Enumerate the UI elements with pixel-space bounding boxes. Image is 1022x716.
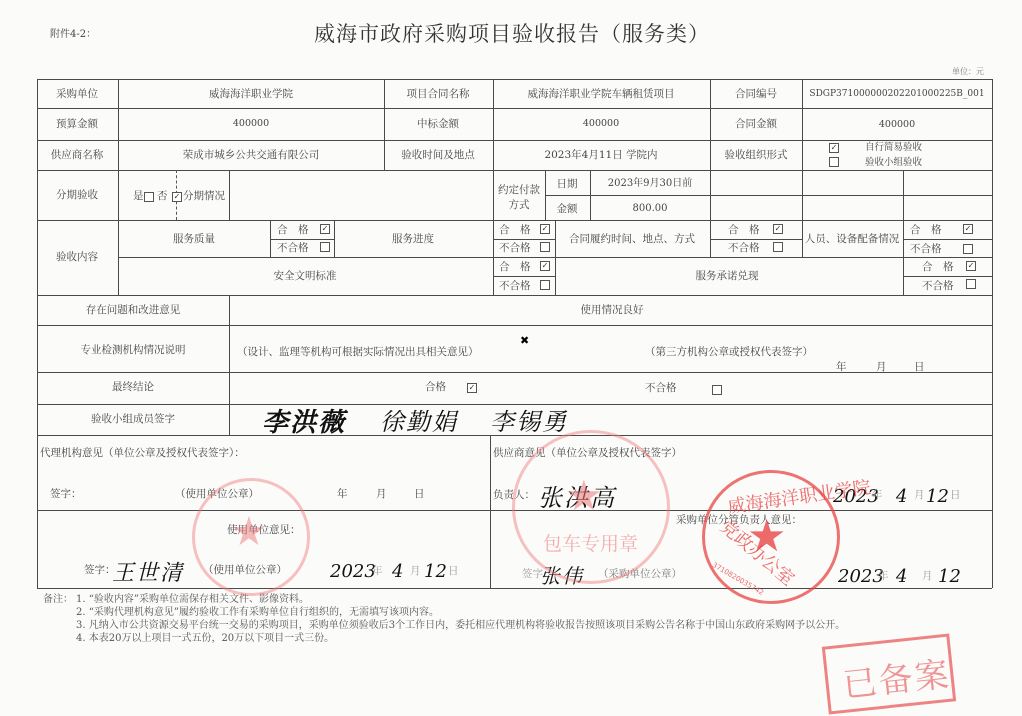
installment-yes-label: 是 — [133, 191, 144, 202]
installment-status-label: 分期情况 — [183, 191, 225, 202]
fail-label: 不合格 — [499, 281, 531, 292]
pass-label: 合 格 — [499, 225, 531, 236]
attachment-label: 附件4-2： — [50, 30, 96, 40]
payment-amount-label: 金额 — [557, 204, 578, 215]
purchaser-date-day: 12 — [938, 566, 961, 587]
criterion-service-progress: 服务进度 — [392, 234, 434, 245]
contract-performance-pass-checkbox[interactable]: ✓ — [773, 224, 783, 234]
criterion-contract-performance: 合同履约时间、地点、方式 — [569, 234, 695, 245]
pass-label: 合 格 — [910, 225, 942, 236]
purchaser-value: 威海海洋职业学院 — [209, 89, 293, 100]
acceptance-time-value: 2023年4月11日 学院内 — [544, 150, 657, 161]
inspection-date-month: 月 — [876, 362, 887, 373]
criterion-service-quality: 服务质量 — [173, 234, 215, 245]
team-sign-label: 验收小组成员签字 — [91, 414, 175, 425]
supplier-date-year-unit: 年 — [872, 490, 883, 501]
fail-label: 不合格 — [728, 243, 760, 254]
installment-no-label: 否 — [157, 191, 168, 202]
contract-name-value: 威海海洋职业学院车辆租赁项目 — [528, 89, 675, 100]
contract-no-label: 合同编号 — [735, 89, 777, 100]
payment-date-label: 日期 — [557, 179, 578, 190]
supplier-signature: 张洪高 — [538, 478, 616, 513]
budget-label: 预算金额 — [56, 119, 98, 130]
agency-date-month: 月 — [376, 489, 387, 500]
purchaser-date-year: 2023 — [838, 566, 884, 587]
staff-equipment-fail-checkbox[interactable] — [963, 244, 973, 254]
team-acceptance-checkbox[interactable] — [829, 157, 839, 167]
pass-label: 合 格 — [277, 225, 309, 236]
inspection-date-year: 年 — [836, 362, 847, 373]
pass-label: 合 格 — [922, 262, 954, 273]
close-icon[interactable]: ✖ — [520, 335, 529, 346]
bid-amount-value: 400000 — [583, 119, 619, 129]
service-commitment-pass-checkbox[interactable]: ✓ — [966, 261, 976, 271]
team-acceptance-label: 验收小组验收 — [865, 158, 922, 168]
user-signature: 王世清 — [112, 556, 184, 587]
inspection-date-day: 日 — [914, 362, 925, 373]
service-quality-pass-checkbox[interactable]: ✓ — [320, 224, 330, 234]
user-opinion-label: 使用单位意见： — [227, 525, 301, 536]
safety-standard-pass-checkbox[interactable]: ✓ — [540, 261, 550, 271]
installment-yes-checkbox[interactable] — [144, 192, 154, 202]
safety-standard-fail-checkbox[interactable] — [540, 280, 550, 290]
user-stamp-note: （使用单位公章） — [203, 565, 287, 576]
contract-no-value: SDGP371000000202201000225B_001 — [809, 90, 984, 99]
user-date-day-unit: 日 — [448, 566, 459, 577]
content-label: 验收内容 — [56, 252, 98, 263]
inspection-label: 专业检测机构情况说明 — [81, 345, 186, 356]
installment-no-checkbox[interactable]: ✓ — [172, 192, 182, 202]
conclusion-label: 最终结论 — [112, 382, 154, 393]
service-quality-fail-checkbox[interactable] — [320, 242, 330, 252]
supplier-label: 供应商名称 — [51, 150, 104, 161]
issues-label: 存在问题和改进意见 — [86, 305, 181, 316]
agency-sign-label: 签字： — [50, 489, 82, 500]
supplier-date-month-unit: 月 — [914, 490, 925, 501]
page-title: 威海市政府采购项目验收报告（服务类） — [314, 24, 710, 45]
fail-label: 不合格 — [910, 244, 942, 255]
supplier-stamp-text: 包车专用章 — [543, 529, 638, 556]
user-date-year-unit: 年 — [372, 566, 383, 577]
purchaser-head-label: 采购单位分管负责人意见： — [676, 515, 802, 526]
contract-performance-fail-checkbox[interactable] — [773, 242, 783, 252]
filed-stamp: 已备案 — [822, 633, 956, 714]
supplier-opinion-label: 供应商意见（单位公章及授权代表签字） — [493, 448, 682, 459]
purchaser-stamp-code: 3710820035742 — [711, 561, 765, 597]
purchaser-label: 采购单位 — [56, 89, 98, 100]
user-date-month-unit: 月 — [410, 566, 421, 577]
acceptance-form-label: 验收组织形式 — [725, 150, 788, 161]
agency-opinion-label: 代理机构意见（单位公章及授权代表签字）： — [40, 448, 245, 459]
service-progress-fail-checkbox[interactable] — [540, 242, 550, 252]
supplier-person-label: 负责人： — [493, 490, 535, 501]
bid-amount-label: 中标金额 — [417, 119, 459, 130]
note-item: 1. “验收内容”采购单位需保存相关文件、影像资料。 — [76, 595, 309, 605]
fail-label: 不合格 — [499, 243, 531, 254]
purchaser-date-year-unit: 年 — [878, 571, 889, 582]
service-progress-pass-checkbox[interactable]: ✓ — [540, 224, 550, 234]
team-signature-2: 徐勤娟 — [380, 402, 458, 437]
supplier-date-month: 4 — [896, 486, 909, 507]
supplier-date-day: 12 — [926, 486, 949, 507]
note-item: 4. 本表20万以上项目一式五份，20万以下项目一式三份。 — [76, 634, 334, 644]
team-signature-1: 李洪薇 — [262, 402, 346, 439]
agency-date-day: 日 — [414, 489, 425, 500]
pass-label: 合 格 — [728, 225, 760, 236]
criterion-staff-equipment: 人员、设备配备情况 — [805, 234, 900, 245]
fail-label: 不合格 — [277, 243, 309, 254]
payment-date-value: 2023年9月30日前 — [608, 179, 693, 189]
acceptance-time-label: 验收时间及地点 — [401, 150, 475, 161]
purchaser-date-month: 4 — [896, 566, 909, 587]
supplier-value: 荣成市城乡公共交通有限公司 — [183, 150, 320, 161]
issues-value: 使用情况良好 — [581, 305, 644, 316]
note-item: 3. 凡纳入市公共资源交易平台统一交易的采购项目，采购单位须验收后3个工作日内，… — [76, 621, 845, 631]
fail-label: 不合格 — [922, 281, 954, 292]
purchaser-signature: 张伟 — [540, 560, 584, 589]
inspection-sign-note: （第三方机构公章或授权代表签字） — [645, 347, 813, 358]
staff-equipment-pass-checkbox[interactable]: ✓ — [963, 224, 973, 234]
simple-acceptance-label: 自行简易验收 — [865, 143, 922, 153]
conclusion-fail-checkbox[interactable] — [712, 385, 722, 395]
purchaser-date-month-unit: 月 — [922, 571, 933, 582]
contract-name-label: 项目合同名称 — [407, 89, 470, 100]
agency-date-year: 年 — [337, 489, 348, 500]
agency-stamp-note: （使用单位公章） — [175, 489, 259, 500]
pass-label: 合 格 — [499, 262, 531, 273]
team-signature-3: 李锡勇 — [490, 402, 568, 437]
conclusion-pass-checkbox[interactable]: ✓ — [467, 383, 477, 393]
conclusion-pass-label: 合格 — [425, 382, 446, 393]
purchaser-stamp: 威海海洋职业学院 ★ 党政办公室 3710820035742 — [702, 470, 840, 604]
contract-amount-value: 400000 — [879, 120, 915, 130]
purchaser-stamp-note: （采购单位公章） — [598, 569, 682, 580]
user-date-year: 2023 — [330, 561, 376, 582]
budget-value: 400000 — [233, 119, 269, 129]
filed-stamp-text: 已备案 — [840, 647, 953, 707]
service-commitment-fail-checkbox[interactable] — [966, 279, 976, 289]
conclusion-fail-label: 不合格 — [645, 383, 677, 394]
user-date-month: 4 — [392, 561, 405, 582]
inspection-note: （设计、监理等机构可根据实际情况出具相关意见） — [237, 347, 479, 358]
criterion-service-commitment: 服务承诺兑现 — [696, 271, 759, 282]
simple-acceptance-checkbox[interactable]: ✓ — [829, 143, 839, 153]
user-date-day: 12 — [424, 561, 447, 582]
contract-amount-label: 合同金额 — [735, 119, 777, 130]
unit-label: 单位：元 — [952, 68, 984, 76]
installment-label: 分期验收 — [56, 190, 98, 201]
notes-label: 备注： — [43, 595, 73, 605]
payment-method-label: 约定付款方式 — [498, 183, 540, 213]
payment-amount-value: 800.00 — [633, 204, 668, 214]
supplier-date-day-unit: 日 — [950, 490, 961, 501]
criterion-safety-standard: 安全文明标准 — [274, 271, 337, 282]
note-item: 2. “采购代理机构意见”履约验收工作有采购单位自行组织的，无需填写该项内容。 — [76, 608, 439, 618]
user-sign-label: 签字： — [84, 565, 116, 576]
